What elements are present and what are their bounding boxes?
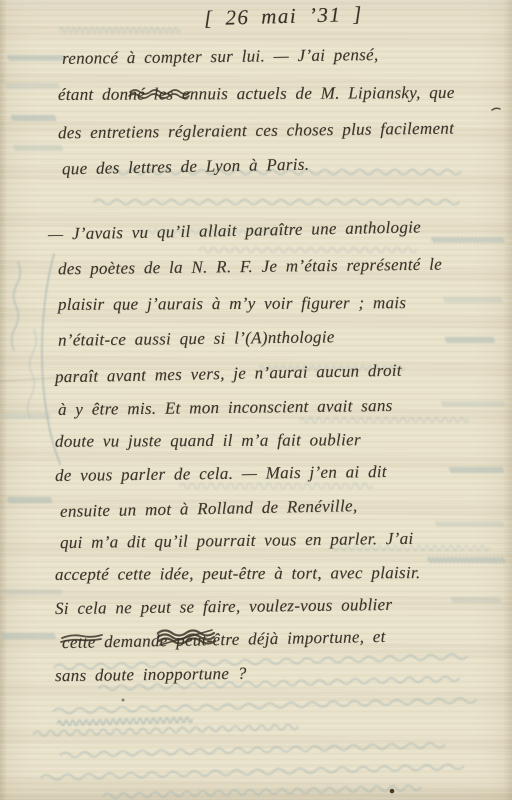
manuscript-line: renoncé à compter sur lui. — J’ai pensé, (62, 46, 379, 67)
manuscript-line: de vous parler de cela. — Mais j’en ai d… (55, 463, 387, 484)
manuscript-line: qui m’a dit qu’il pourrait vous en parle… (60, 530, 414, 551)
manuscript-line: sans doute inopportune ? (55, 665, 247, 684)
letter-body: [ 26 mai ’31 ] renoncé à compter sur lui… (0, 0, 512, 800)
manuscript-line: n’était-ce aussi que si l’(A)nthologie (58, 328, 335, 348)
manuscript-line: étant donné les ennuis actuels de M. Lip… (58, 84, 455, 103)
manuscript-line: à y être mis. Et mon inconscient avait s… (58, 397, 393, 418)
manuscript-line: des entretiens régleraient ces choses pl… (58, 120, 454, 142)
manuscript-page: [ 26 mai ’31 ] renoncé à compter sur lui… (0, 0, 512, 800)
manuscript-line: cette demande peut-être déjà importune, … (62, 628, 386, 651)
manuscript-line: — J’avais vu qu’il allait paraître une a… (48, 218, 421, 242)
manuscript-line: doute vu juste quand il m’a fait oublier (55, 431, 361, 450)
manuscript-line: accepté cette idée, peut-être à tort, av… (55, 564, 421, 583)
manuscript-line: ensuite un mot à Rolland de Renéville, (60, 497, 358, 520)
manuscript-line: Si cela ne peut se faire, voulez-vous ou… (55, 596, 393, 617)
manuscript-line: paraît avant mes vers, je n’aurai aucun … (55, 362, 402, 386)
date-annotation: [ 26 mai ’31 ] (204, 4, 363, 29)
manuscript-line: plaisir que j’aurais à m’y voir figurer … (58, 294, 406, 313)
manuscript-line: que des lettres de Lyon à Paris. (62, 156, 310, 178)
manuscript-line: des poètes de la N. R. F. Je m’étais rep… (58, 256, 442, 278)
